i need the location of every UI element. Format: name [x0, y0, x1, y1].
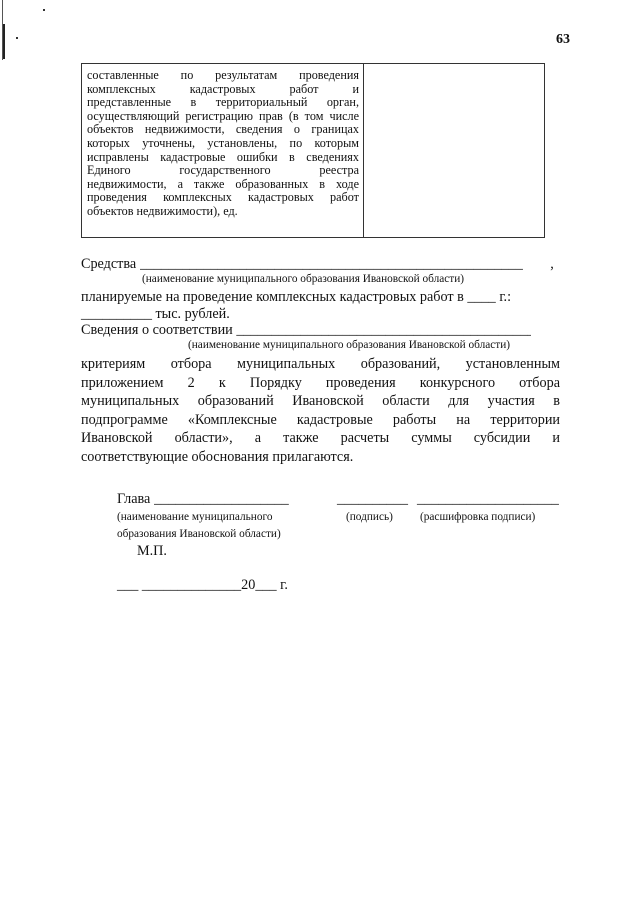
head-hint-line2: образования Ивановской области) — [117, 528, 281, 540]
funds-planned-line: планируемые на проведение комплексных ка… — [81, 289, 511, 306]
table-cell-description: составленные по результатам проведенияко… — [82, 64, 364, 237]
scan-speck — [16, 37, 18, 39]
scan-speck — [43, 9, 45, 11]
head-label: Глава — [117, 491, 150, 507]
compliance-body-line: муниципальных образований Ивановской обл… — [81, 392, 560, 411]
description-line: объектов недвижимости, сведения о границ… — [87, 123, 359, 137]
funds-line: Средства _______________________________… — [81, 256, 554, 273]
funds-comma: , — [550, 256, 554, 272]
compliance-hint: (наименование муниципального образования… — [188, 339, 510, 351]
description-line: исправлены кадастровые ошибки в сведения… — [87, 151, 359, 165]
compliance-body-line: критериям отбора муниципальных образован… — [81, 355, 560, 374]
funds-municipality-blank[interactable]: ________________________________________… — [140, 256, 547, 273]
funds-amount-blank[interactable]: __________ — [81, 306, 152, 322]
head-line: Глава ___________________ — [117, 491, 300, 508]
description-text: составленные по результатам проведенияко… — [82, 64, 363, 219]
table-cell-value[interactable] — [364, 64, 544, 237]
date-year-prefix: 20 — [241, 577, 255, 593]
compliance-line: Сведения о соответствии ________________… — [81, 322, 531, 339]
funds-amount-unit: тыс. рублей. — [155, 306, 229, 322]
funds-planned-text: планируемые на проведение комплексных ка… — [81, 289, 464, 305]
date-year-blank[interactable]: ___ — [255, 577, 276, 593]
funds-hint: (наименование муниципального образования… — [142, 273, 464, 285]
indicator-table: составленные по результатам проведенияко… — [81, 63, 545, 238]
compliance-body-line: приложением 2 к Порядку проведения конку… — [81, 374, 560, 393]
date-suffix: г. — [280, 577, 288, 593]
compliance-body-line: соответствующие обоснования прилагаются. — [81, 448, 560, 467]
description-line: Единого государственного реестра — [87, 164, 359, 178]
signature-blank[interactable]: __________ — [337, 491, 408, 508]
description-line: проведения комплексных кадастровых работ — [87, 191, 359, 205]
scan-edge-mark — [3, 24, 5, 59]
funds-year-blank[interactable]: ____ — [467, 289, 495, 305]
funds-year-suffix: г.: — [499, 289, 511, 305]
compliance-body-line: Ивановской области», а также расчеты сум… — [81, 429, 560, 448]
description-line: осуществляющий регистрацию прав (в том ч… — [87, 110, 359, 124]
signature-hint: (подпись) — [346, 511, 393, 523]
description-line: объектов недвижимости), ед. — [87, 205, 359, 219]
decode-blank[interactable]: ____________________ — [417, 491, 559, 508]
decode-hint: (расшифровка подписи) — [420, 511, 535, 523]
date-day-blank[interactable]: ___ — [117, 577, 138, 593]
description-line: представленные в территориальный орган, — [87, 96, 359, 110]
date-line: ___ ______________20___ г. — [117, 577, 288, 594]
description-line: которых уточнены, установлены, по которы… — [87, 137, 359, 151]
head-hint-line1: (наименование муниципального — [117, 511, 272, 523]
compliance-body: критериям отбора муниципальных образован… — [81, 355, 560, 466]
compliance-body-line: подпрограмме «Комплексные кадастровые ра… — [81, 411, 560, 430]
description-line: недвижимости, а также образованных в ход… — [87, 178, 359, 192]
stamp-label: М.П. — [137, 543, 167, 560]
funds-amount-line: __________ тыс. рублей. — [81, 306, 230, 323]
compliance-municipality-blank[interactable]: ________________________________________… — [236, 322, 531, 339]
funds-label: Средства — [81, 256, 136, 272]
compliance-label: Сведения о соответствии — [81, 322, 233, 338]
head-blank[interactable]: ___________________ — [154, 491, 300, 508]
description-line: составленные по результатам проведения — [87, 69, 359, 83]
date-month-blank[interactable]: ______________ — [142, 577, 241, 593]
description-line: комплексных кадастровых работ и — [87, 83, 359, 97]
page-number: 63 — [556, 32, 570, 48]
